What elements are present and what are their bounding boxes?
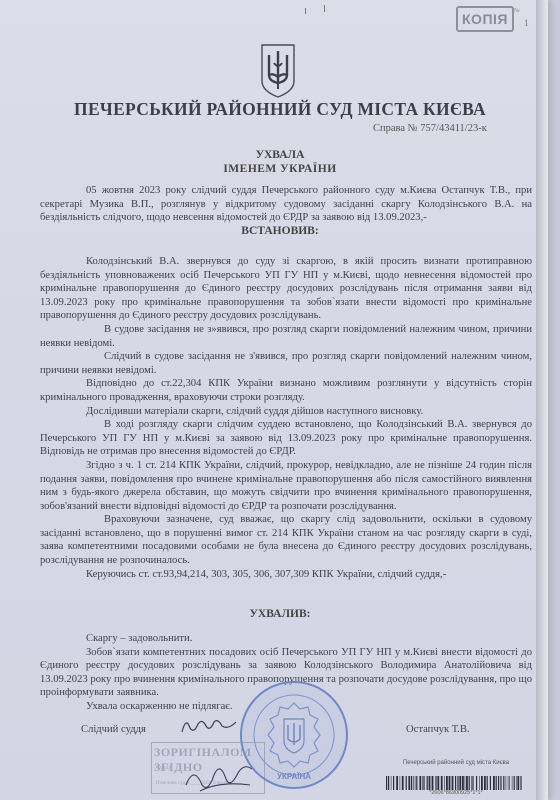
intro-text: 05 жовтня 2023 року слідчий суддя Печерс… — [40, 184, 532, 225]
paragraph: Колодзінський В.А. звернувся до суду зі … — [40, 255, 532, 323]
paragraph: Слідчий в судове засідання не з'явився, … — [40, 350, 532, 377]
copy-stamp: КОПІЯ — [456, 6, 514, 32]
court-ruling-page: КОПІЯ № 1 ПЕЧЕРСЬКИЙ РАЙОННИЙ СУД МІСТА … — [0, 0, 548, 800]
case-number: Справа № 757/43411/23-к — [373, 123, 487, 134]
page-number: 1 — [524, 18, 529, 28]
paragraph: Враховуючи зазначене, суд вважає, що ска… — [40, 513, 532, 567]
court-name: ПЕЧЕРСЬКИЙ РАЙОННИЙ СУД МІСТА КИЄВА — [0, 99, 560, 120]
paragraph: Дослідивши матеріали скарги, слідчий суд… — [40, 405, 532, 419]
paragraph: В ході розгляду скарги слідчим суддею вс… — [40, 418, 532, 459]
document-subtitle: ІМЕНЕМ УКРАЇНИ — [0, 163, 560, 175]
intro-paragraph: 05 жовтня 2023 року слідчий суддя Печерс… — [40, 184, 532, 225]
trident-emblem-icon — [259, 43, 297, 99]
court-seal-icon: УКРАЇНА — [238, 679, 350, 791]
page-edge — [536, 0, 548, 800]
ruled-heading: УХВАЛИВ: — [0, 608, 560, 620]
paragraph: Керуючись ст. ст.93,94,214, 303, 305, 30… — [40, 568, 532, 582]
stamp-text: Суддя — [156, 765, 171, 771]
paragraph: Скаргу – задовольнити. — [40, 632, 532, 646]
document-type: УХВАЛА — [0, 149, 560, 161]
paragraph: В судове засідання не з»явився, про розг… — [40, 323, 532, 350]
signature-label: Слідчий суддя — [81, 724, 146, 735]
paragraph: Відповідно до ст.22,304 КПК України визн… — [40, 377, 532, 404]
established-heading: ВСТАНОВИВ: — [0, 225, 560, 237]
barcode-number: *2606*86900925*1*1* — [386, 790, 526, 796]
mark — [324, 5, 325, 12]
judge-name: Остапчук Т.В. — [406, 724, 470, 735]
svg-text:УКРАЇНА: УКРАЇНА — [277, 772, 311, 781]
mark — [305, 8, 306, 14]
copy-stamp-mark: № — [514, 8, 520, 14]
paragraph: Згідно з ч. 1 ст. 214 КПК України, слідч… — [40, 459, 532, 513]
barcode-label: Печерський районний суд міста Києва — [386, 760, 526, 767]
barcode-icon — [386, 776, 524, 790]
established-body: Колодзінський В.А. звернувся до суду зі … — [40, 255, 532, 581]
